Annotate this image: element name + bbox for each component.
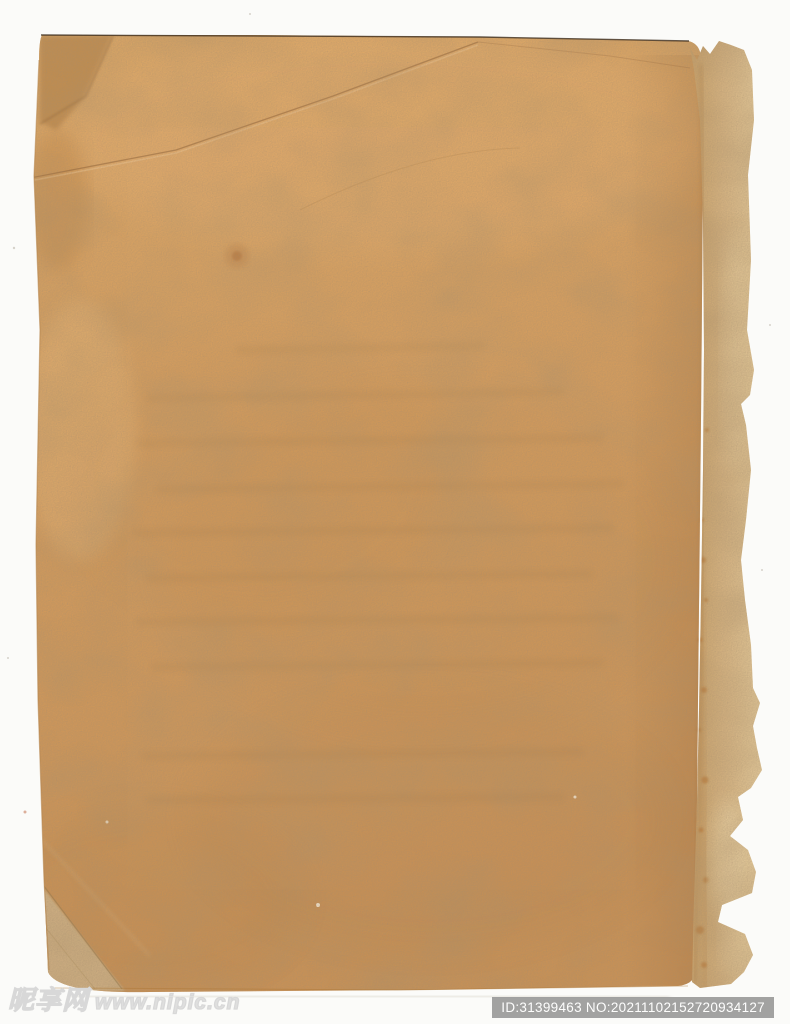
old-paper-image (0, 0, 790, 1024)
watermark-site-name: 昵享网 (8, 985, 89, 1015)
paper-texture (0, 0, 790, 1024)
photo-canvas: 昵享网www.nipic.cn ID:31399463 NO:202111021… (0, 0, 790, 1024)
watermark-site: 昵享网www.nipic.cn (8, 980, 240, 1017)
watermark-site-url: www.nipic.cn (95, 991, 240, 1014)
watermark-id-badge: ID:31399463 NO:20211102152720934127 (492, 997, 774, 1018)
watermark-id-text: ID:31399463 NO:20211102152720934127 (501, 1000, 765, 1015)
